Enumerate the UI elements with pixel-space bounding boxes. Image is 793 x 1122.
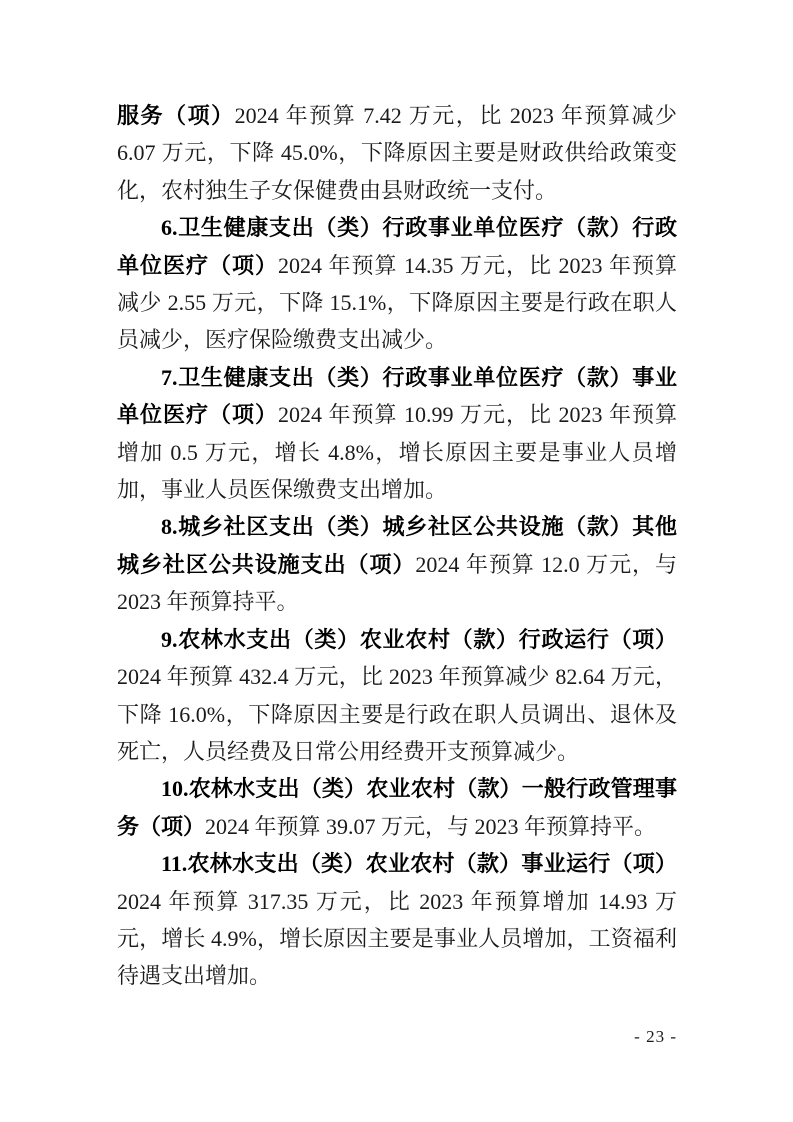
budget-item-paragraph-8: 8.城乡社区支出（类）城乡社区公共设施（款）其他城乡社区公共设施支出（项）202… xyxy=(117,508,677,620)
budget-item-paragraph-11: 11.农林水支出（类）农业农村（款）事业运行（项）2024 年预算 317.35… xyxy=(117,845,677,995)
document-body: 服务（项）2024 年预算 7.42 万元，比 2023 年预算减少 6.07 … xyxy=(117,97,677,995)
budget-item-paragraph-10: 10.农林水支出（类）农业农村（款）一般行政管理事务（项）2024 年预算 39… xyxy=(117,770,677,845)
budget-item-heading: 9.农林水支出（类）农业农村（款）行政运行（项） xyxy=(161,627,677,652)
budget-item-text: 2024 年预算 39.07 万元，与 2023 年预算持平。 xyxy=(205,814,656,839)
document-page: 服务（项）2024 年预算 7.42 万元，比 2023 年预算减少 6.07 … xyxy=(0,0,793,1122)
budget-item-heading: 11.农林水支出（类）农业农村（款）事业运行（项） xyxy=(161,851,677,876)
budget-item-paragraph-9: 9.农林水支出（类）农业农村（款）行政运行（项）2024 年预算 432.4 万… xyxy=(117,621,677,771)
budget-item-text: 2024 年预算 432.4 万元，比 2023 年预算减少 82.64 万元，… xyxy=(117,664,677,764)
budget-item-heading: 服务（项） xyxy=(117,103,235,128)
budget-item-paragraph-7: 7.卫生健康支出（类）行政事业单位医疗（款）事业单位医疗（项）2024 年预算 … xyxy=(117,359,677,509)
page-number: - 23 - xyxy=(634,1026,677,1048)
budget-item-text: 2024 年预算 317.35 万元，比 2023 年预算增加 14.93 万元… xyxy=(117,889,677,989)
budget-item-paragraph-6: 6.卫生健康支出（类）行政事业单位医疗（款）行政单位医疗（项）2024 年预算 … xyxy=(117,209,677,359)
budget-item-paragraph-continued: 服务（项）2024 年预算 7.42 万元，比 2023 年预算减少 6.07 … xyxy=(117,97,677,209)
